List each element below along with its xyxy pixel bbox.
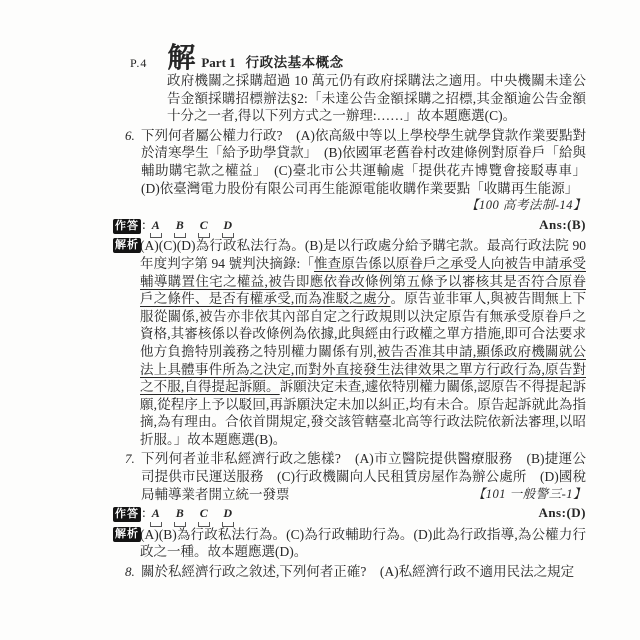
question-text: 下列何者屬公權力行政? (A)依高級中等以上學校學生就學貸款作業要點對於清寒學生… [141,127,586,197]
question-source: 【101 一般警三-1】 [473,486,586,504]
part-label: Part 1 [201,55,235,71]
question-6: 6. 下列何者屬公權力行政? (A)依高級中等以上學校學生就學貸款作業要點對於清… [113,127,586,449]
answer-row: 作答 : A B C D Ans:(D) [113,504,586,523]
question-number: 7. [125,450,141,503]
page-header: P.4 解 Part 1 行政法基本概念 [130,36,344,76]
book-page: P.4 解 Part 1 行政法基本概念 政府機關之採購超過 10 萬元仍有政府… [0,0,640,640]
page-number: P.4 [130,56,147,71]
option-letter-a: A [149,217,163,235]
carryover-explanation: 政府機關之採購超過 10 萬元仍有政府採購法之適用。中央機關未達公告金額採購招標… [167,72,586,125]
section-glyph: 解 [167,36,195,76]
explanation-text: (A)(C)(D)為行政私法行為。(B)是以行政處分給予購宅款。最高行政法院 9… [140,237,586,448]
explanation-tag: 解析 [113,238,141,253]
option-letter-b: B [173,217,187,235]
option-letter-d: D [221,505,235,523]
question-number: 6. [125,127,141,197]
answer-tag: 作答 [113,219,141,234]
question-text: 下列何者並非私經濟行政之態樣? (A)市立醫院提供醫療服務 (B)捷運公司提供市… [141,450,586,503]
answer-tag: 作答 [113,507,141,522]
question-number: 8. [125,563,141,581]
option-letter-b: B [173,505,187,523]
part-title: 行政法基本概念 [246,51,344,71]
question-7: 7. 下列何者並非私經濟行政之態樣? (A)市立醫院提供醫療服務 (B)捷運公司… [113,450,586,561]
explanation-text: (A)(B)為行政私法行為。(C)為行政輔助行為。(D)此為行政指導,為公權力行… [140,526,586,561]
option-letter-d: D [221,217,235,235]
answer-colon: : [142,504,146,522]
answer-options: A B C D [149,505,245,523]
question-source: 【100 高考法制-14】 [113,197,586,215]
ans-value: Ans:(D) [538,504,586,522]
page-content: 政府機關之採購超過 10 萬元仍有政府採購法之適用。中央機關未達公告金額採購招標… [113,72,586,581]
option-letter-c: C [197,505,211,523]
answer-options: A B C D [149,217,245,235]
explanation-row: 解析 (A)(B)為行政私法行為。(C)為行政輔助行為。(D)此為行政指導,為公… [113,526,586,561]
explanation-tag: 解析 [113,527,141,542]
answer-row: 作答 : A B C D Ans:(B) [113,216,586,235]
option-letter-c: C [197,217,211,235]
ans-value: Ans:(B) [539,216,586,234]
question-8: 8. 關於私經濟行政之敘述,下列何者正確? (A)私經濟行政不適用民法之規定 [113,563,586,581]
answer-colon: : [142,216,146,234]
explanation-row: 解析 (A)(C)(D)為行政私法行為。(B)是以行政處分給予購宅款。最高行政法… [113,237,586,448]
question-text: 關於私經濟行政之敘述,下列何者正確? (A)私經濟行政不適用民法之規定 [141,563,586,581]
option-letter-a: A [149,505,163,523]
